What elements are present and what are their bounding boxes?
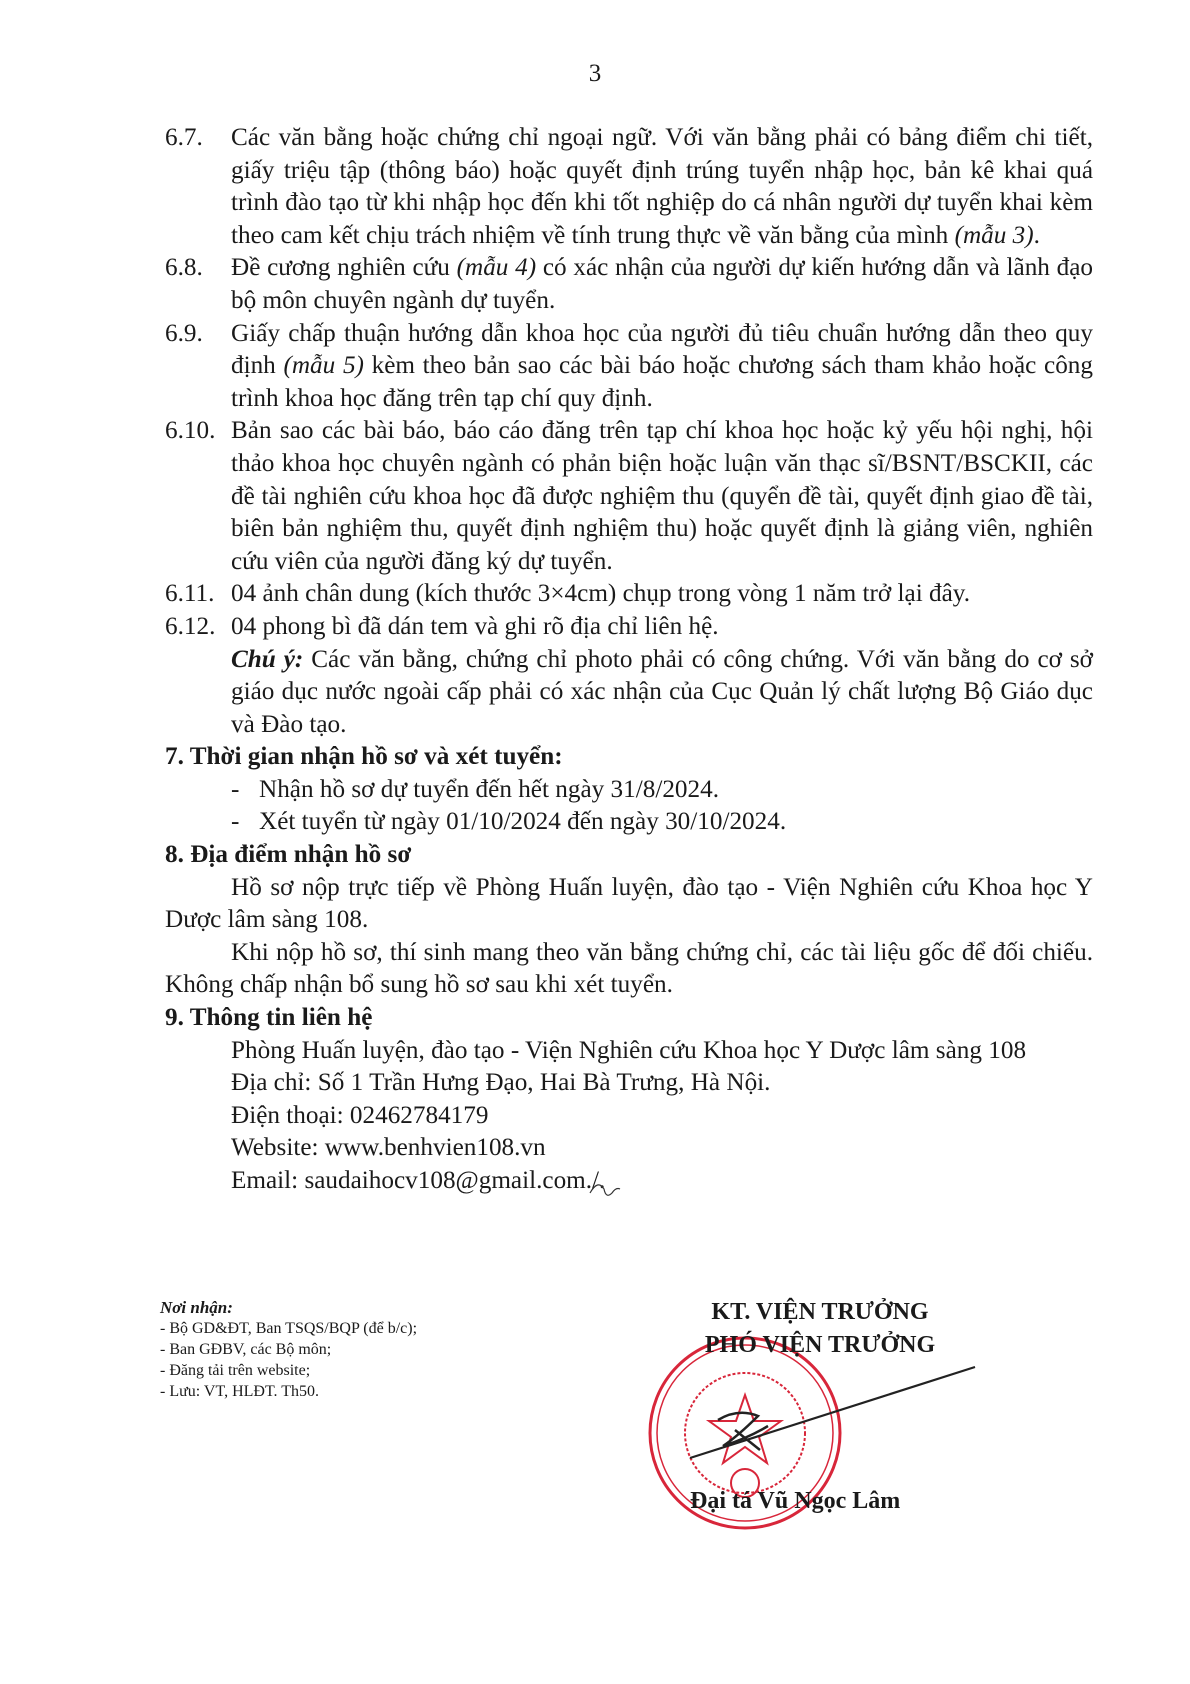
item-number: 6.9.: [165, 318, 231, 416]
bullet-item: -Xét tuyển từ ngày 01/10/2024 đến ngày 3…: [165, 806, 1093, 839]
contact-email[interactable]: Email: saudaihocv108@gmail.com./.: [165, 1165, 1093, 1198]
item-number: 6.8.: [165, 252, 231, 317]
page-number: 3: [0, 60, 1190, 88]
contact-address: Địa chỉ: Số 1 Trần Hưng Đạo, Hai Bà Trưn…: [165, 1067, 1093, 1100]
signature-title-1: KT. VIỆN TRƯỞNG: [640, 1296, 1000, 1329]
item-number: 6.11.: [165, 578, 231, 611]
recipient-item: - Đăng tải trên website;: [160, 1360, 417, 1381]
note-text: Các văn bằng, chứng chỉ photo phải có cô…: [231, 646, 1093, 738]
note-label: Chú ý:: [231, 646, 303, 673]
recipient-item: - Lưu: VT, HLĐT. Th50.: [160, 1381, 417, 1402]
item-text: 04 phong bì đã dán tem và ghi rõ địa chỉ…: [231, 611, 1093, 644]
list-item: 6.8. Đề cương nghiên cứu (mẫu 4) có xác …: [165, 252, 1093, 317]
document-body: 6.7. Các văn bằng hoặc chứng chỉ ngoại n…: [165, 122, 1093, 1198]
recipients-title: Nơi nhận:: [160, 1297, 417, 1318]
item-text: 04 ảnh chân dung (kích thước 3×4cm) chụp…: [231, 578, 1093, 611]
note: Chú ý: Các văn bằng, chứng chỉ photo phả…: [165, 644, 1093, 742]
item-text: Bản sao các bài báo, báo cáo đăng trên t…: [231, 415, 1093, 578]
item-text: Giấy chấp thuận hướng dẫn khoa học của n…: [231, 318, 1093, 416]
list-item: 6.7. Các văn bằng hoặc chứng chỉ ngoại n…: [165, 122, 1093, 252]
item-text: Các văn bằng hoặc chứng chỉ ngoại ngữ. V…: [231, 122, 1093, 252]
item-number: 6.10.: [165, 415, 231, 578]
list-item: 6.9. Giấy chấp thuận hướng dẫn khoa học …: [165, 318, 1093, 416]
recipient-item: - Ban GĐBV, các Bộ môn;: [160, 1339, 417, 1360]
section-heading-8: 8. Địa điểm nhận hồ sơ: [165, 839, 1093, 872]
contact-phone: Điện thoại: 02462784179: [165, 1100, 1093, 1133]
signature-block: KT. VIỆN TRƯỞNG PHÓ VIỆN TRƯỞNG: [640, 1296, 1000, 1362]
list-item: 6.12. 04 phong bì đã dán tem và ghi rõ đ…: [165, 611, 1093, 644]
recipient-item: - Bộ GD&ĐT, Ban TSQS/BQP (để b/c);: [160, 1318, 417, 1339]
section-heading-7: 7. Thời gian nhận hồ sơ và xét tuyển:: [165, 741, 1093, 774]
signer-name: Đại tá Vũ Ngọc Lâm: [690, 1488, 900, 1515]
recipients-block: Nơi nhận: - Bộ GD&ĐT, Ban TSQS/BQP (để b…: [160, 1297, 417, 1402]
list-item: 6.11. 04 ảnh chân dung (kích thước 3×4cm…: [165, 578, 1093, 611]
contact-website[interactable]: Website: www.benhvien108.vn: [165, 1132, 1093, 1165]
bullet-item: -Nhận hồ sơ dự tuyển đến hết ngày 31/8/2…: [165, 774, 1093, 807]
list-item: 6.10. Bản sao các bài báo, báo cáo đăng …: [165, 415, 1093, 578]
paragraph: Khi nộp hồ sơ, thí sinh mang theo văn bằ…: [165, 937, 1093, 1002]
item-number: 6.7.: [165, 122, 231, 252]
contact-office: Phòng Huấn luyện, đào tạo - Viện Nghiên …: [165, 1035, 1093, 1068]
item-number: 6.12.: [165, 611, 231, 644]
signature-title-2: PHÓ VIỆN TRƯỞNG: [640, 1329, 1000, 1362]
item-text: Đề cương nghiên cứu (mẫu 4) có xác nhận …: [231, 252, 1093, 317]
section-heading-9: 9. Thông tin liên hệ: [165, 1002, 1093, 1035]
paragraph: Hồ sơ nộp trực tiếp về Phòng Huấn luyện,…: [165, 872, 1093, 937]
